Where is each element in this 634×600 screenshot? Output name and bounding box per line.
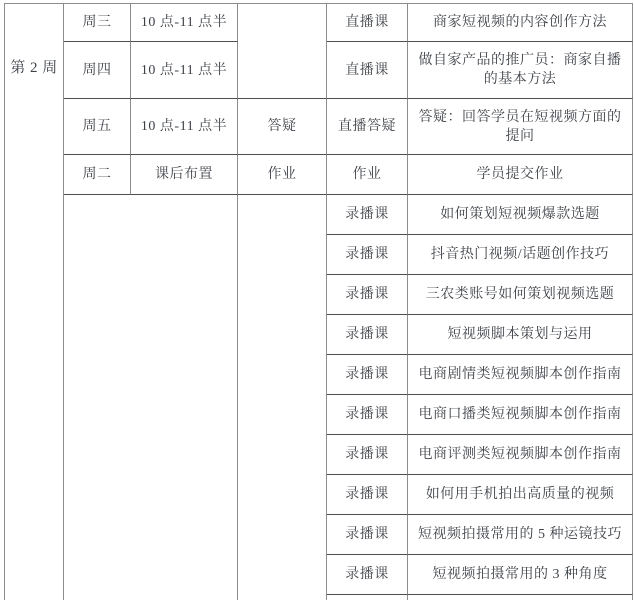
- course-content-cell: 答疑：回答学员在短视频方面的 提问: [408, 99, 633, 155]
- course-schedule-table: 第 2 周 周三 10 点-11 点半 直播课 商家短视频的内容创作方法 周四 …: [4, 3, 633, 600]
- course-content-cell: 电商剧情类短视频脚本创作指南: [408, 355, 633, 395]
- session-tag-cell: 作业: [238, 155, 327, 195]
- course-type-cell: 录播课: [327, 195, 408, 235]
- course-content-cell: 三农类账号如何策划视频选题: [408, 275, 633, 315]
- course-type-cell: 作业: [327, 155, 408, 195]
- document-page: 第 2 周 周三 10 点-11 点半 直播课 商家短视频的内容创作方法 周四 …: [0, 0, 634, 600]
- course-type-cell: 录播课: [327, 395, 408, 435]
- course-content-cell: 抖音热门视频/话题创作技巧: [408, 235, 633, 275]
- course-content-cell: 做自家产品的推广员：商家自播 的基本方法: [408, 42, 633, 99]
- course-type-cell: 录播课: [327, 435, 408, 475]
- course-type-cell: 录播课: [327, 475, 408, 515]
- session-tag-cell: 答疑: [238, 99, 327, 155]
- empty-tag-cell: [238, 195, 327, 600]
- course-type-cell: 录播课: [327, 235, 408, 275]
- empty-tag-cell: [238, 4, 327, 99]
- time-cell: 10 点-11 点半: [131, 99, 238, 155]
- empty-content-cell: [408, 595, 633, 600]
- course-type-cell: 直播课: [327, 4, 408, 42]
- time-cell: 10 点-11 点半: [131, 4, 238, 42]
- course-type-cell: 录播课: [327, 315, 408, 355]
- course-content-cell: 电商评测类短视频脚本创作指南: [408, 435, 633, 475]
- time-cell: 课后布置: [131, 155, 238, 195]
- day-cell: 周二: [64, 155, 131, 195]
- course-type-cell: 录播课: [327, 275, 408, 315]
- empty-type-cell: [327, 595, 408, 600]
- course-content-cell: 电商口播类短视频脚本创作指南: [408, 395, 633, 435]
- day-cell: 周三: [64, 4, 131, 42]
- course-type-cell: 录播课: [327, 355, 408, 395]
- course-content-cell: 短视频脚本策划与运用: [408, 315, 633, 355]
- course-type-cell: 录播课: [327, 515, 408, 555]
- course-content-cell: 如何用手机拍出高质量的视频: [408, 475, 633, 515]
- course-content-cell: 短视频拍摄常用的 3 种角度: [408, 555, 633, 595]
- course-content-cell: 学员提交作业: [408, 155, 633, 195]
- day-cell: 周四: [64, 42, 131, 99]
- course-type-cell: 直播答疑: [327, 99, 408, 155]
- empty-daytime-cell: [64, 195, 238, 600]
- week-label-cell: 第 2 周: [5, 4, 64, 600]
- course-type-cell: 直播课: [327, 42, 408, 99]
- course-content-cell: 如何策划短视频爆款选题: [408, 195, 633, 235]
- course-type-cell: 录播课: [327, 555, 408, 595]
- course-content-cell: 短视频拍摄常用的 5 种运镜技巧: [408, 515, 633, 555]
- course-content-cell: 商家短视频的内容创作方法: [408, 4, 633, 42]
- day-cell: 周五: [64, 99, 131, 155]
- time-cell: 10 点-11 点半: [131, 42, 238, 99]
